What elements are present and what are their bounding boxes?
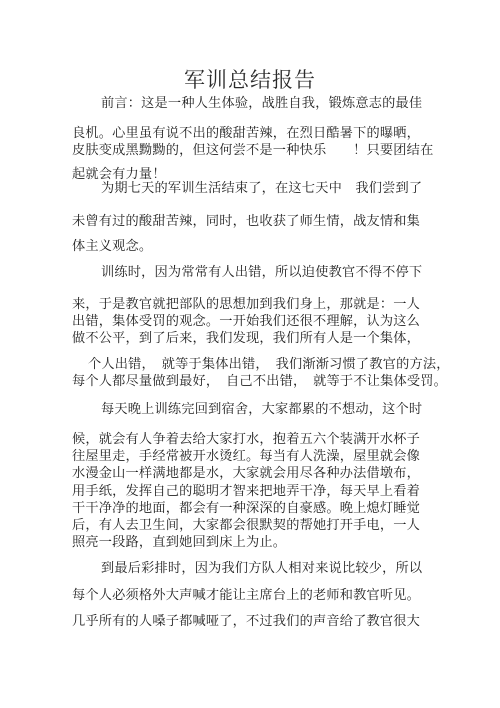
paragraph-line: 水漫金山一样满地都是水，大家就会用尽各种办法借墩布， — [72, 466, 420, 482]
paragraph-line: 照亮一段路，直到她回到床上为止。 — [72, 535, 286, 551]
paragraph-line: 到最后彩排时，因为我们方队人相对来说比较少，所以 — [101, 561, 422, 577]
paragraph-line: 每个人必须格外大声喊才能让主席台上的老师和教官听见。 — [72, 588, 420, 604]
paragraph-line: 用手纸，发挥自己的聪明才智来把地弄干净，每天早上看着 — [72, 484, 420, 500]
paragraph-line: 后，有人去卫生间，大家都会很默契的帮她打开手电，一人 — [72, 518, 420, 534]
paragraph-line: 为期七天的军训生活结束了，在这七天中 我们尝到了 — [101, 181, 422, 197]
paragraph-line: 干干净净的地面，都会有一种深深的自豪感。晚上熄灯睡觉 — [72, 501, 420, 517]
document-title: 军训总结报告 — [0, 64, 500, 94]
paragraph-line: 做不公平，到了后来，我们发现，我们所有人是一个集体， — [72, 331, 420, 347]
paragraph-line: 良机。心里虽有说不出的酸甜苦辣，在烈日酷暑下的曝晒， — [72, 126, 420, 142]
paragraph-line: 来，于是教官就把部队的思想加到我们身上，那就是：一人 — [72, 297, 420, 313]
paragraph-line: 前言：这是一种人生体验，战胜自我，锻炼意志的最佳 — [101, 96, 422, 112]
paragraph-line: 皮肤变成黑黝黝的，但这何尝不是一种快乐 ！只要团结在 — [72, 143, 433, 159]
paragraph-line: 每天晚上训练完回到宿舍，大家都累的不想动，这个时 — [101, 402, 422, 418]
paragraph-line: 训练时，因为常常有人出错，所以迫使教官不得不停下 — [101, 265, 422, 281]
paragraph-line: 候，就会有人争着去给大家打水，抱着五六个装满开水杯子 — [72, 432, 420, 448]
paragraph-line: 每个人都尽量做到最好， 自己不出错， 就等于不让集体受罚。 — [72, 374, 447, 390]
paragraph-line: 往屋里走，手经常被开水烫红。每当有人洗澡，屋里就会像 — [72, 449, 420, 465]
paragraph-line: 体主义观念。 — [72, 239, 152, 255]
document-page: 军训总结报告 前言：这是一种人生体验，战胜自我，锻炼意志的最佳良机。心里虽有说不… — [0, 0, 500, 708]
paragraph-line: 出错，集体受罚的观念。一开始我们还很不理解，认为这么 — [72, 314, 420, 330]
paragraph-line: 个人出错， 就等于集体出错， 我们渐渐习惯了教官的方法， — [88, 357, 450, 373]
paragraph-line: 未曾有过的酸甜苦辣，同时，也收获了师生情，战友情和集 — [72, 214, 420, 230]
paragraph-line: 几乎所有的人嗓子都喊哑了，不过我们的声音给了教官很大 — [72, 614, 420, 630]
